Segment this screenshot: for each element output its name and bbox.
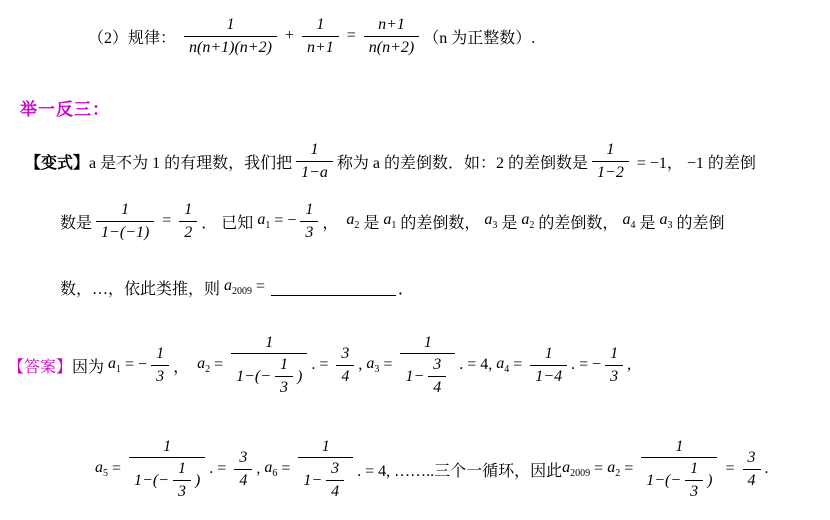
math-run: 4 [748,471,756,490]
math-run: 3 [610,367,618,386]
text-run: 数，…，依此类推，则 [60,276,224,299]
text-run: 数是 [60,210,92,233]
fraction-numerator: 1 [184,15,277,36]
fraction-numerator: 1 [179,200,197,221]
fraction: 13 [275,355,293,396]
fraction-numerator: 1 [605,344,623,365]
text-run: = [721,460,738,478]
answer-line-2: a5 = 11−(−13). = 34, a6 = 11−34. = 4, ……… [95,426,769,512]
text-run: 是 [635,210,659,233]
text-run: = [343,27,360,45]
variant-problem-line-3: 数，…，依此类推，则 a2009 = ． [60,270,414,304]
fraction-numerator: 1 [400,333,455,354]
math-run: 3 [305,223,313,242]
fraction-numerator: 1 [231,333,307,354]
fraction: 13 [300,200,318,241]
text-run: ， [173,354,197,377]
text-run: 是 [497,210,521,233]
text-run: 的差倒数， [396,210,484,233]
math-run: 1 [305,200,313,219]
fraction-denominator: 3 [151,366,169,386]
fraction-numerator: 1 [300,200,318,221]
text-run: = − [121,356,147,374]
fraction-numerator: 1 [641,437,717,458]
math-run: 1 [322,437,330,456]
fraction-denominator: 1−2 [592,162,629,182]
subscript-variable: a3 [659,211,672,231]
math-run: 4 [331,482,339,501]
fraction-numerator: 1 [302,15,339,36]
fraction-numerator: 3 [326,459,344,480]
fraction-denominator: 3 [300,222,318,242]
text-run: + [281,27,298,45]
fraction-numerator: 1 [129,437,205,458]
fraction-denominator: 1−a [296,162,333,182]
fraction-denominator: 3 [275,377,293,397]
fraction: 11−34 [298,437,353,501]
fraction: 11−(−13) [231,333,307,397]
text-run: = [158,212,175,230]
fraction: 34 [336,344,354,385]
math-run: n+1 [378,15,405,34]
fraction-denominator: 1−(−13) [641,458,717,500]
fraction: 13 [605,344,623,385]
text-run: , [256,460,264,478]
text-run: ． 已知 [201,210,257,233]
fraction: 1n+1 [302,15,339,56]
fraction: 11−(−1) [96,200,154,241]
math-run: 1−4 [535,367,562,386]
subscript-variable: a3 [366,355,379,375]
fraction-denominator: 4 [326,481,344,501]
fraction-denominator: 1−34 [400,354,455,396]
fraction-numerator: 1 [685,459,703,480]
math-run: 1−2 [597,163,624,182]
fraction-denominator: 4 [743,470,761,490]
math-run: 4 [341,367,349,386]
text-run: （n 为正整数）. [423,25,535,48]
math-run: 4 [239,471,247,490]
math-run: 3 [280,378,288,397]
subscript-variable: a2009 [224,277,252,297]
fraction-denominator: 2 [179,222,197,242]
subscript-variable: a2009 [562,459,590,479]
math-run: 1 [226,15,234,34]
math-run: 3 [690,482,698,501]
fraction: 13 [685,459,703,500]
subscript-variable: a2 [197,355,210,375]
subscript-variable: a5 [95,459,108,479]
math-run: 1 [316,15,324,34]
text-run: ． [398,276,414,299]
text-run: . = [311,356,332,374]
fraction-denominator: 3 [605,366,623,386]
math-run: 3 [341,344,349,363]
math-run: 1 [121,200,129,219]
fraction: 34 [428,355,446,396]
fraction-numerator: n+1 [364,15,419,36]
text-run: = [620,460,637,478]
math-run: 3 [748,448,756,467]
math-run: 1 [156,344,164,363]
text-run: . = − [571,356,601,374]
fraction-numerator: 1 [275,355,293,376]
math-run: 1 [163,437,171,456]
math-run: 1 [265,333,273,352]
text-run: 的差倒 [672,210,724,233]
variant-problem-line-2: 数是11−(−1) = 12． 已知 a1 = −13， a2 是 a1 的差倒… [60,196,724,246]
text-run: . = [209,460,230,478]
fraction-numerator: 3 [743,448,761,469]
fraction-denominator: 4 [336,366,354,386]
text-run: = [252,278,269,296]
subscript-variable: a2 [607,459,620,479]
fraction-numerator: 3 [336,344,354,365]
text-run: = − [270,212,296,230]
math-run: 1−(−1) [101,223,149,242]
subscript-variable: a4 [496,355,509,375]
math-run: 1 [545,344,553,363]
fraction: 1n(n+1)(n+2) [184,15,277,56]
fraction-numerator: 1 [296,140,333,161]
text-run: 【变式】 [25,150,89,173]
text-run: 称为 a 的差倒数．如：2 的差倒数是 [337,150,588,173]
fraction: 11−(−13) [641,437,717,501]
fraction: 11−4 [530,344,567,385]
subscript-variable: a1 [108,355,121,375]
fraction-denominator: 1−(−13) [129,458,205,500]
fraction-denominator: 4 [234,470,252,490]
blank-underline [271,278,396,296]
math-run: 1 [690,459,698,478]
subscript-variable: a2 [346,211,359,231]
fraction-denominator: 3 [685,481,703,501]
fraction-numerator: 1 [173,459,191,480]
math-run: 1 [424,333,432,352]
text-run: = [590,460,607,478]
fraction: n+1n(n+2) [364,15,419,56]
text-run: a 是不为 1 的有理数，我们把 [89,150,292,173]
text-run: 因为 [72,354,108,377]
fraction-numerator: 1 [530,344,567,365]
fraction: 34 [326,459,344,500]
fraction: 13 [173,459,191,500]
fraction-denominator: 1−4 [530,366,567,386]
math-run: 1−(− [134,471,169,490]
math-run: 1− [405,367,424,386]
math-run: 1 [280,355,288,374]
fraction-denominator: 1−(−13) [231,354,307,396]
math-run: 3 [331,459,339,478]
fraction-numerator: 1 [592,140,629,161]
fraction-numerator: 3 [428,355,446,376]
text-run: 【答案】 [8,354,72,377]
math-run: 1−(− [236,367,271,386]
fraction-numerator: 3 [234,448,252,469]
fraction: 11−2 [592,140,629,181]
text-run: = −1， −1 的差倒 [633,150,756,173]
math-run: n(n+2) [369,38,414,57]
math-run: 1 [675,437,683,456]
fraction: 11−a [296,140,333,181]
subscript-variable: a3 [484,211,497,231]
fraction: 12 [179,200,197,241]
math-run: 1 [606,140,614,159]
text-run: = [210,356,227,374]
math-run: 3 [156,367,164,386]
text-run: 的差倒数， [534,210,622,233]
fraction: 11−34 [400,333,455,397]
fraction: 34 [743,448,761,489]
text-run: 是 [359,210,383,233]
math-run: 3 [433,355,441,374]
fraction-denominator: 1−34 [298,458,353,500]
math-run: ) [195,471,200,490]
text-run: . = 4, ……..三个一循环，因此 [357,458,562,481]
section-heading: 举一反三： [20,95,110,120]
text-run: , [358,356,366,374]
rule-formula-line: （2）规律： 1n(n+1)(n+2) + 1n+1 = n+1n(n+2)（n… [88,10,535,62]
answer-line-1: 【答案】因为 a1 = −13， a2 = 11−(−13). = 34, a3… [8,324,631,406]
math-run: 2 [184,223,192,242]
text-run: . [765,460,769,478]
text-run: ， [322,210,346,233]
text-run: , [627,356,631,374]
math-run: ) [297,367,302,386]
math-run: ) [707,471,712,490]
text-run: （2）规律： [88,25,180,48]
math-run: 1 [178,459,186,478]
fraction: 11−(−13) [129,437,205,501]
text-run: = [379,356,396,374]
math-run: 3 [178,482,186,501]
math-run: n(n+1)(n+2) [189,38,272,57]
math-run: 1−a [301,163,328,182]
fraction-numerator: 1 [151,344,169,365]
math-run: 1−(− [646,471,681,490]
math-run: 1 [311,140,319,159]
fraction-denominator: 4 [428,377,446,397]
math-run: 1 [610,344,618,363]
math-run: 1− [303,471,322,490]
fraction-denominator: n(n+1)(n+2) [184,37,277,57]
math-run: 1 [184,200,192,219]
text-run: . = 4, [459,356,496,374]
math-run: 4 [433,378,441,397]
subscript-variable: a2 [521,211,534,231]
math-run: n+1 [307,38,334,57]
text-run: = [108,460,125,478]
fraction-denominator: 1−(−1) [96,222,154,242]
variant-problem-line-1: 【变式】a 是不为 1 的有理数，我们把11−a称为 a 的差倒数．如：2 的差… [25,136,756,186]
fraction: 34 [234,448,252,489]
math-worksheet-page: （2）规律： 1n(n+1)(n+2) + 1n+1 = n+1n(n+2)（n… [0,0,830,520]
subscript-variable: a4 [622,211,635,231]
fraction-denominator: n+1 [302,37,339,57]
fraction-numerator: 1 [298,437,353,458]
subscript-variable: a1 [383,211,396,231]
math-run: 3 [239,448,247,467]
text-run: = [509,356,526,374]
fraction: 13 [151,344,169,385]
fraction-denominator: 3 [173,481,191,501]
fraction-numerator: 1 [96,200,154,221]
subscript-variable: a1 [257,211,270,231]
text-run: = [277,460,294,478]
subscript-variable: a6 [264,459,277,479]
fraction-denominator: n(n+2) [364,37,419,57]
